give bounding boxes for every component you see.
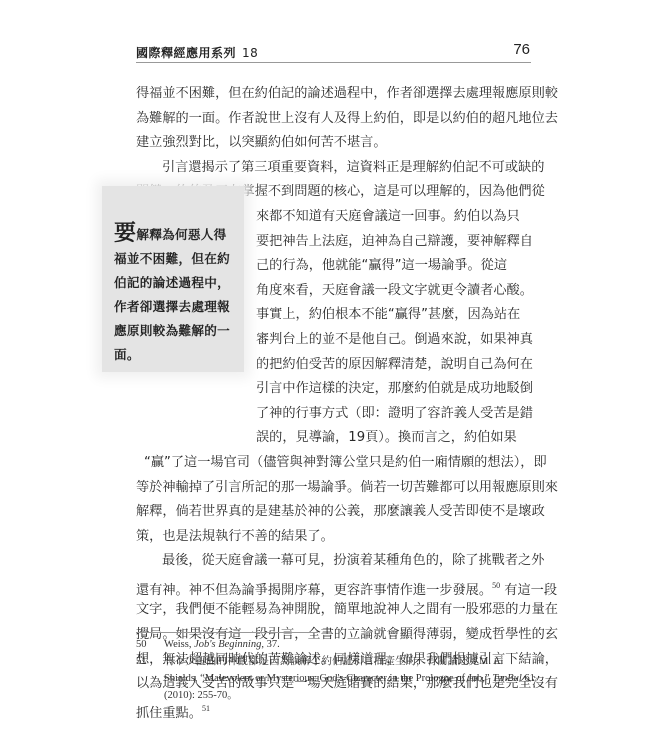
paragraph-line: 引言還揭示了第三項重要資料，這資料正是理解約伯記不可或缺的: [136, 156, 530, 181]
footnote-title: Job's Beginning: [194, 639, 261, 650]
pull-quote-line: 面。: [114, 343, 234, 367]
body-text: 得福並不困難，但在約伯記的論述過程中，作者卻選擇去處理報應原則較 為難解的一面。…: [136, 82, 530, 721]
paragraph-line: 為難解的一面。作者說世上沒有人及得上約伯，即是以約伯的超凡地位去: [136, 107, 530, 132]
paragraph-line: “贏”了這一場官司（儘管與神對簿公堂只是約伯一廂情願的想法），即: [136, 451, 530, 476]
paragraph-line: 還有神。神不但為論爭揭開序幕，更容許事情作進一步發展。50 有這一段: [136, 574, 530, 599]
paragraph-line: 等於神輸掉了引言所記的那一場論爭。倘若一切苦難都可以用報應原則來: [136, 476, 530, 501]
footnote-ref-51[interactable]: 51: [202, 704, 210, 713]
drop-cap: 要: [114, 221, 136, 246]
footnote-divider: [136, 632, 316, 633]
pull-quote-line: 作者卻選擇去處理報: [114, 295, 234, 319]
paragraph-line: 了神的行事方式（即：證明了容許義人受苦是錯: [136, 402, 530, 427]
footnote-rest: , 37.: [261, 639, 279, 650]
paragraph-line: 誤的，見導論，19頁）。換而言之，約伯如果: [136, 426, 530, 451]
pull-quote-text: 解釋為何惡人得: [136, 227, 226, 242]
line-text: 抓住重點。: [136, 706, 202, 721]
footnote-journal: TynBul: [492, 673, 522, 684]
paragraph-line: 建立強烈對比，以突顯約伯如何苦不堪言。: [136, 131, 530, 156]
footnote-number: 51: [136, 653, 164, 704]
footnote-author: Weiss,: [164, 639, 194, 650]
line-text: 還有神。神不但為論爭揭開序幕，更容許事情作進一步發展。: [136, 583, 492, 598]
pull-quote-line: 要解釋為何惡人得: [114, 222, 234, 247]
pull-quote-line: 應原則較為難解的一: [114, 319, 234, 343]
pull-quote-line: 伯記的論述過程中，: [114, 271, 234, 295]
paragraph-line: 解釋，倘若世界真的是建基於神的公義，那麼讓義人受苦即使不是壞政: [136, 500, 530, 525]
pull-quote-line: 福並不困難，但在約: [114, 247, 234, 271]
footnote-50: 50 Weiss, Job's Beginning, 37.: [136, 636, 536, 653]
footnote-51: 51 有不少扭曲的神觀都是因為誤解了約伯記引言而產生的，有關論述見M. A. S…: [136, 653, 536, 704]
header-divider: [136, 62, 531, 63]
pull-quote: 要解釋為何惡人得 福並不困難，但在約 伯記的論述過程中， 作者卻選擇去處理報 應…: [102, 186, 244, 372]
footnotes: 50 Weiss, Job's Beginning, 37. 51 有不少扭曲的…: [136, 636, 536, 704]
series-title: 國際釋經應用系列: [136, 46, 236, 60]
footnote-cjk: 有不少扭曲的神觀都是因為誤解了約伯記引言而產生的，有關論述見: [164, 655, 479, 667]
paragraph-line: 策，也是法規執行不善的結果了。: [136, 525, 530, 550]
footnote-text: 有不少扭曲的神觀都是因為誤解了約伯記引言而產生的，有關論述見M. A. Shie…: [164, 653, 536, 704]
footnote-text: Weiss, Job's Beginning, 37.: [164, 636, 536, 653]
paragraph-line: 得福並不困難，但在約伯記的論述過程中，作者卻選擇去處理報應原則較: [136, 82, 530, 107]
series-number: 18: [242, 46, 258, 60]
footnote-ref-50[interactable]: 50: [492, 581, 500, 590]
page-number: 76: [480, 41, 530, 58]
running-header: 國際釋經應用系列18: [136, 44, 398, 61]
paragraph-line: 最後，從天庭會議一幕可見，扮演着某種角色的，除了挑戰者之外: [136, 549, 530, 574]
paragraph-line: 文字，我們便不能輕易為神開脫，簡單地說神人之間有一股邪惡的力量在: [136, 598, 530, 623]
footnote-number: 50: [136, 636, 164, 653]
paragraph-line: 引言中作這樣的決定，那麼約伯就是成功地駁倒: [136, 377, 530, 402]
line-text: 有這一段: [504, 583, 557, 598]
